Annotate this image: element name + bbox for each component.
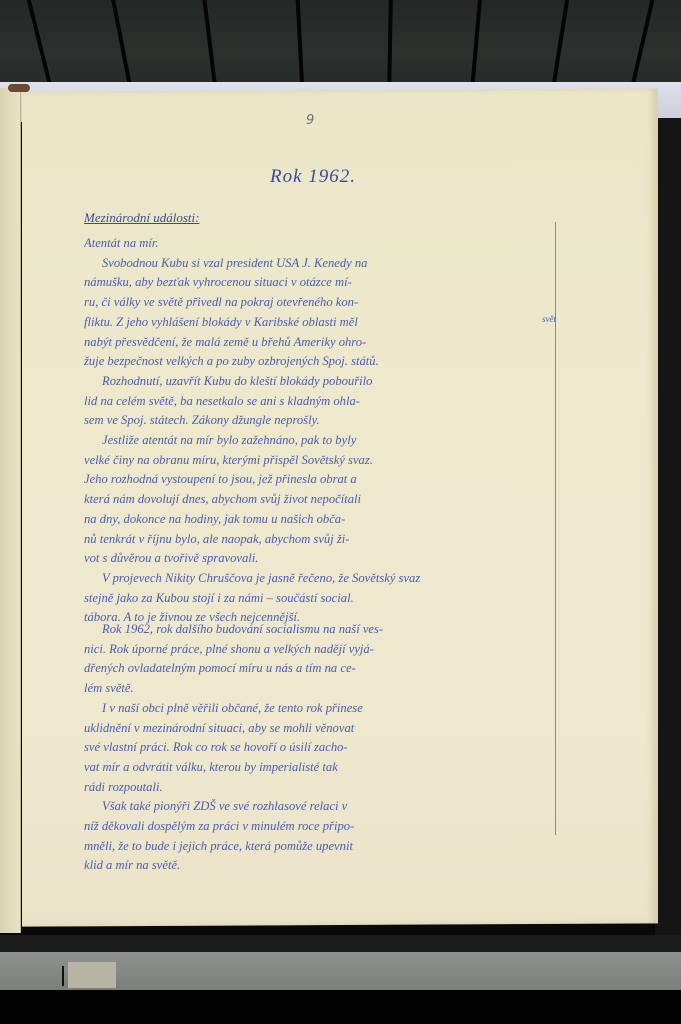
text-line: fliktu. Z jeho vyhlášení blokády v Karib… [84,313,556,333]
ceiling-slat [549,0,570,88]
subheading-line: Atentát na mír. [84,234,556,254]
text-line: nici. Rok úporné práce, plné shonu a vel… [84,640,556,660]
text-line: na dny, dokonce na hodiny, jak tomu u na… [84,510,556,530]
ceiling-slat [628,0,657,88]
paragraph-block-local: Rok 1962, rok dalšího budování socialism… [84,620,556,876]
ceiling-slat [387,0,393,88]
text-line: lid na celém světě, ba nesetkalo se ani … [84,392,556,412]
shelf-marker [62,966,64,986]
background-floor [0,990,681,1024]
paragraph-block-international: Atentát na mír. Svobodnou Kubu si vzal p… [84,234,556,628]
text-line: rádi rozpoutali. [84,778,556,798]
ceiling-slat [469,0,483,88]
text-line: ru, či války ve světě přivedl na pokraj … [84,293,556,313]
text-line: Rozhodnutí, uzavřít Kubu do kleští bloká… [84,372,556,392]
text-line: sem ve Spoj. státech. Zákony džungle nep… [84,411,556,431]
text-line: nabýt přesvědčení, že malá země u břehů … [84,333,556,353]
ceiling-slat [201,0,218,88]
binder-cover-edge [655,118,681,938]
text-line: Jestliže atentát na mír bylo zažehnáno, … [84,431,556,451]
text-line: klid a mír na světě. [84,856,556,876]
text-line: žuje bezpečnost velkých a po zuby ozbroj… [84,352,556,372]
text-line: nů tenkrát v říjnu bylo, ale naopak, aby… [84,530,556,550]
text-line: Svobodnou Kubu si vzal president USA J. … [84,254,556,274]
shelf-label-card [68,962,116,988]
page-title: Rok 1962. [270,166,356,188]
ceiling-slat [110,0,135,88]
binding-clip [8,84,30,92]
text-line: vot s důvěrou a tvořivě spravovali. [84,549,556,569]
page-number: 9 [306,113,314,128]
ceiling-slat [295,0,305,88]
text-line: dřených ovladatelným pomocí míru u nás a… [84,659,556,679]
display-tray [0,935,681,953]
text-line: V projevech Nikity Chruščova je jasně ře… [84,569,556,589]
section-heading: Mezinárodní události: [84,210,199,226]
text-line: Rok 1962, rok dalšího budování socialism… [84,620,556,640]
ceiling-slat [25,0,55,88]
text-line: Jeho rozhodná vystoupení to jsou, jež př… [84,470,556,490]
text-line: velké činy na obranu míru, kterými přisp… [84,451,556,471]
text-line: mněli, že to bude i jejich práce, která … [84,837,556,857]
text-line: která nám dovolují dnes, abychom svůj ži… [84,490,556,510]
background-ceiling [0,0,681,88]
text-line: níž děkovali dospělým za práci v minulém… [84,817,556,837]
text-line: vat mír a odvrátit válku, kterou by impe… [84,758,556,778]
text-line: stejně jako za Kubou stojí i za námi – s… [84,589,556,609]
text-line: I v naší obci plně věřili občané, že ten… [84,699,556,719]
text-line: uklidnění v mezinárodní situaci, aby se … [84,719,556,739]
previous-page-edge [0,88,21,933]
text-line: Však také pionýři ZDŠ ve své rozhlasové … [84,797,556,817]
text-line: své vlastní práci. Rok co rok se hovoří … [84,738,556,758]
text-line: námušku, aby bezťak vyhrocenou situaci v… [84,273,556,293]
text-line: lém světě. [84,679,556,699]
